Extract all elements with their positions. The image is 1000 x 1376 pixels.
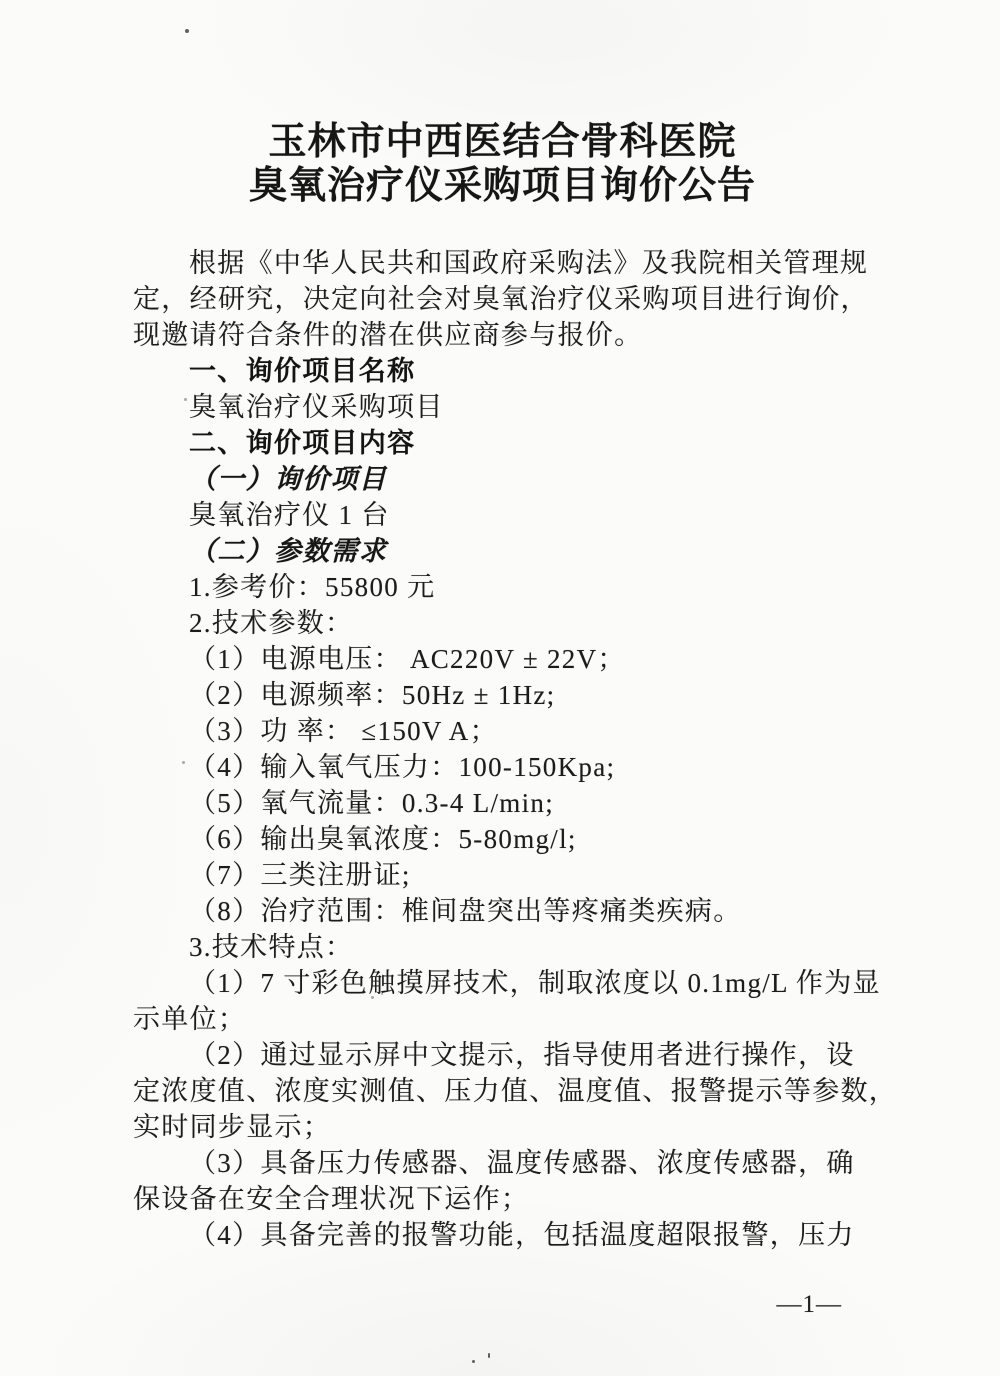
document-line: （1）7 寸彩色触摸屏技术，制取浓度以 0.1mg/L 作为显 (133, 965, 872, 1001)
document-title-line-1: 玉林市中西医结合骨科医院 (133, 120, 872, 164)
document-line: （3）功 率： ≤150V A； (133, 713, 872, 749)
document-content: 玉林市中西医结合骨科医院 臭氧治疗仪采购项目询价公告 根据《中华人民共和国政府采… (133, 0, 872, 1253)
document-line: 定，经研究，决定向社会对臭氧治疗仪采购项目进行询价， (133, 281, 872, 317)
document-line: （1）电源电压： AC220V ± 22V； (133, 641, 872, 677)
scanned-document-page: 玉林市中西医结合骨科医院 臭氧治疗仪采购项目询价公告 根据《中华人民共和国政府采… (0, 0, 1000, 1376)
document-line: 实时同步显示； (133, 1109, 872, 1145)
document-line: （7）三类注册证; (133, 857, 872, 893)
scan-speck (185, 29, 189, 33)
document-line: 根据《中华人民共和国政府采购法》及我院相关管理规 (133, 245, 872, 281)
scan-speck (472, 1360, 475, 1363)
document-line: （5）氧气流量：0.3-4 L/min; (133, 785, 872, 821)
document-line: （2）通过显示屏中文提示，指导使用者进行操作，设 (133, 1037, 872, 1073)
document-line: 定浓度值、浓度实测值、压力值、温度值、报警提示等参数， (133, 1073, 872, 1109)
document-title-line-2: 臭氧治疗仪采购项目询价公告 (133, 164, 872, 208)
document-body: 根据《中华人民共和国政府采购法》及我院相关管理规定，经研究，决定向社会对臭氧治疗… (133, 245, 872, 1253)
document-line: （一）询价项目 (133, 461, 872, 497)
document-line: 一、询价项目名称 (133, 353, 872, 389)
document-line: （3）具备压力传感器、温度传感器、浓度传感器，确 (133, 1145, 872, 1181)
document-line: 臭氧治疗仪采购项目 (133, 389, 872, 425)
document-line: 保设备在安全合理状况下运作； (133, 1181, 872, 1217)
document-line: （二）参数需求 (133, 533, 872, 569)
document-line: 2.技术参数： (133, 605, 872, 641)
scan-speck (381, 993, 383, 995)
document-line: （8）治疗范围：椎间盘突出等疼痛类疾病。 (133, 893, 872, 929)
document-line: （4）输入氧气压力：100-150Kpa; (133, 749, 872, 785)
document-line: 二、询价项目内容 (133, 425, 872, 461)
document-line: （6）输出臭氧浓度：5-80mg/l; (133, 821, 872, 857)
document-line: （4）具备完善的报警功能，包括温度超限报警，压力 (133, 1217, 872, 1253)
document-line: 臭氧治疗仪 1 台 (133, 497, 872, 533)
document-line: 3.技术特点： (133, 929, 872, 965)
scan-speck (184, 398, 187, 401)
document-line: 1.参考价：55800 元 (133, 569, 872, 605)
scan-speck (488, 1353, 490, 1358)
document-title: 玉林市中西医结合骨科医院 臭氧治疗仪采购项目询价公告 (133, 0, 872, 208)
document-line: 示单位； (133, 1001, 872, 1037)
page-number: —1— (0, 1291, 1000, 1319)
document-line: （2）电源频率：50Hz ± 1Hz; (133, 677, 872, 713)
scan-speck (182, 761, 185, 764)
scan-speck (371, 996, 374, 999)
document-line: 现邀请符合条件的潜在供应商参与报价。 (133, 317, 872, 353)
